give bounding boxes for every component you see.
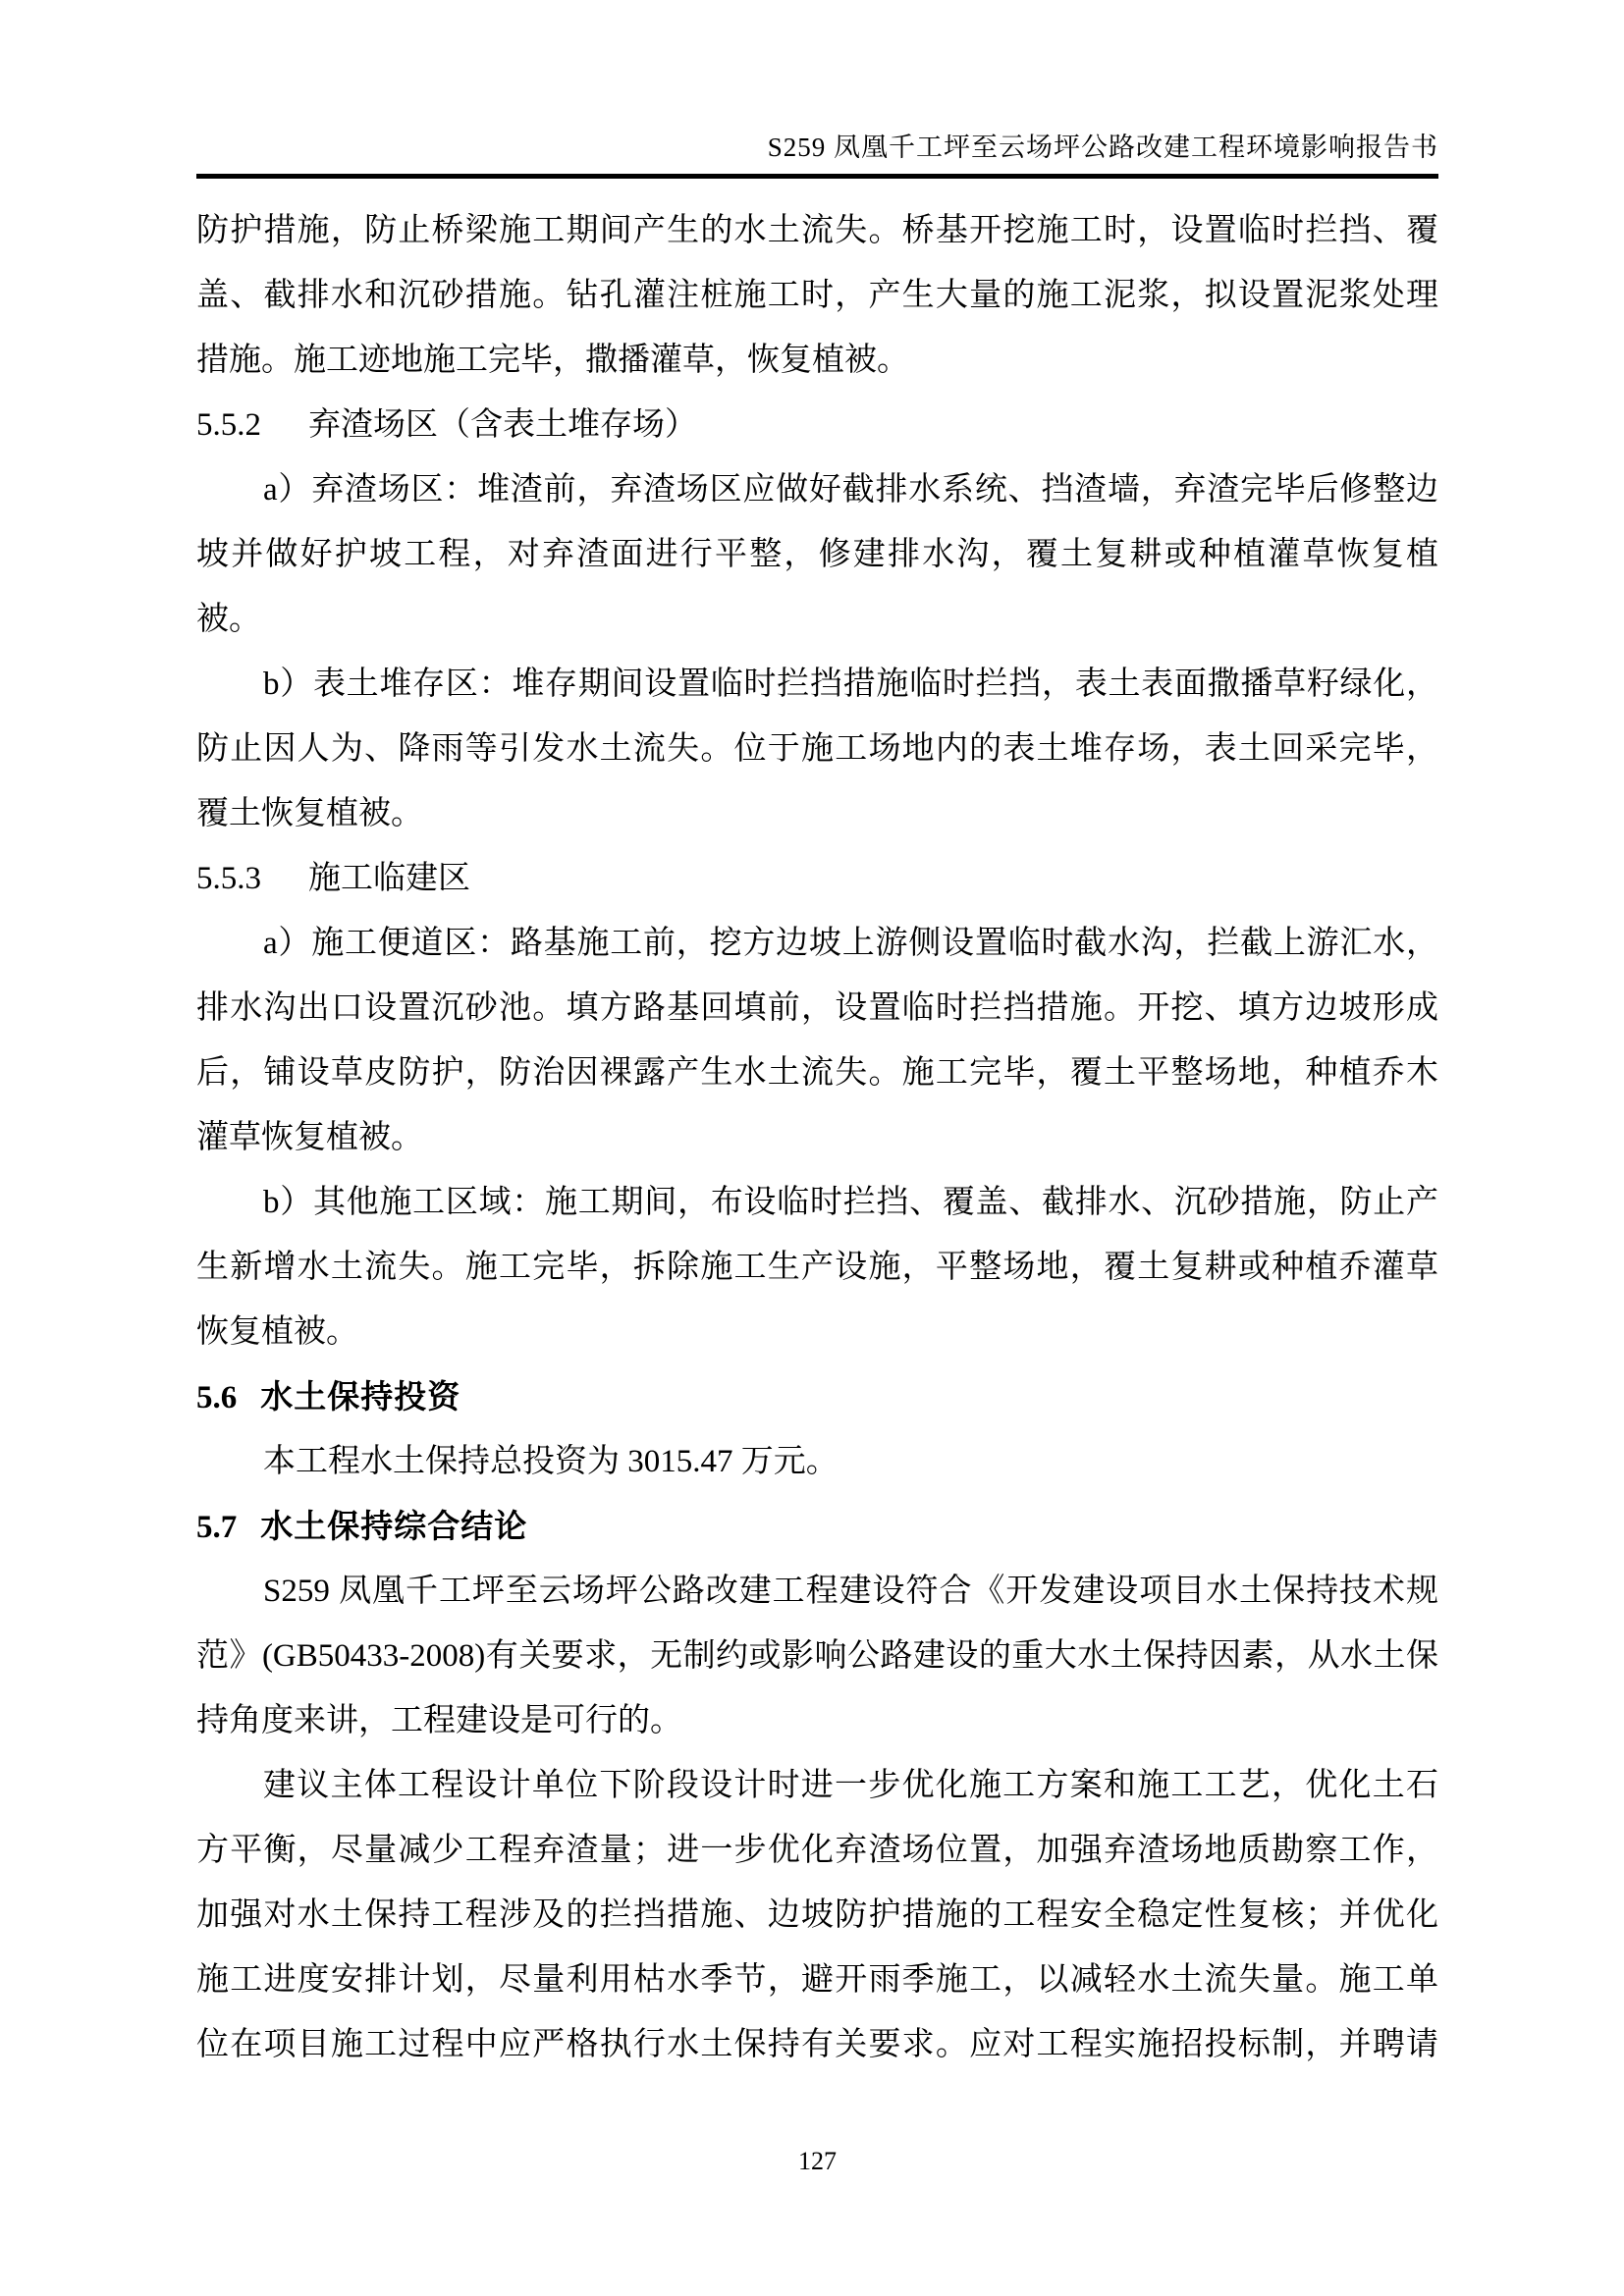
page-number: 127 [196,2146,1438,2177]
text-line: 防止因人为、降雨等引发水土流失。位于施工场地内的表土堆存场，表土回采完毕， [196,717,1438,781]
heading-title: 水土保持投资 [260,1378,460,1415]
text-line: 灌草恢复植被。 [196,1105,1438,1170]
text-line: 建议主体工程设计单位下阶段设计时进一步优化施工方案和施工工艺，优化土石 [196,1753,1438,1818]
text-line: 排水沟出口设置沉砂池。填方路基回填前，设置临时拦挡措施。开挖、填方边坡形成 [196,976,1438,1041]
heading-number: 5.6 [196,1380,237,1415]
section-heading-bold: 5.7水土保持综合结论 [196,1494,1438,1559]
text-line: a）施工便道区：路基施工前，挖方边坡上游侧设置临时截水沟，拦截上游汇水， [196,911,1438,976]
heading-number: 5.5.2 [196,407,261,443]
text-line: 覆土恢复植被。 [196,781,1438,846]
text-line: 被。 [196,587,1438,652]
header-rule [196,174,1438,179]
text-line: 坡并做好护坡工程，对弃渣面进行平整，修建排水沟，覆土复耕或种植灌草恢复植 [196,522,1438,587]
heading-number: 5.7 [196,1510,237,1545]
text-line: 恢复植被。 [196,1300,1438,1364]
text-line: 加强对水土保持工程涉及的拦挡措施、边坡防护措施的工程安全稳定性复核；并优化 [196,1883,1438,1948]
text-line: 生新增水土流失。施工完毕，拆除施工生产设施，平整场地，覆土复耕或种植乔灌草 [196,1235,1438,1300]
text-line: b）其他施工区域：施工期间，布设临时拦挡、覆盖、截排水、沉砂措施，防止产 [196,1170,1438,1235]
text-line: 持角度来讲，工程建设是可行的。 [196,1688,1438,1753]
section-heading-bold: 5.6水土保持投资 [196,1364,1438,1429]
text-line: 本工程水土保持总投资为 3015.47 万元。 [196,1429,1438,1494]
text-line: 后，铺设草皮防护，防治因裸露产生水土流失。施工完毕，覆土平整场地，种植乔木 [196,1041,1438,1105]
heading-title: 弃渣场区（含表土堆存场） [308,407,697,443]
text-line: 范》(GB50433-2008)有关要求，无制约或影响公路建设的重大水土保持因素… [196,1624,1438,1688]
text-line: 措施。施工迹地施工完毕，撒播灌草，恢复植被。 [196,328,1438,393]
document-body: 防护措施，防止桥梁施工期间产生的水土流失。桥基开挖施工时，设置临时拦挡、覆 盖、… [196,198,1438,2077]
text-line: a）弃渣场区：堆渣前，弃渣场区应做好截排水系统、挡渣墙，弃渣完毕后修整边 [196,457,1438,522]
text-line: 位在项目施工过程中应严格执行水土保持有关要求。应对工程实施招投标制，并聘请 [196,2012,1438,2077]
document-page: S259 凤凰千工坪至云场坪公路改建工程环境影响报告书 防护措施，防止桥梁施工期… [0,0,1624,2296]
text-line: b）表土堆存区：堆存期间设置临时拦挡措施临时拦挡，表土表面撒播草籽绿化， [196,652,1438,717]
text-line: 盖、截排水和沉砂措施。钻孔灌注桩施工时，产生大量的施工泥浆，拟设置泥浆处理 [196,263,1438,328]
section-heading: 5.5.3施工临建区 [196,846,1438,911]
text-line: S259 凤凰千工坪至云场坪公路改建工程建设符合《开发建设项目水土保持技术规 [196,1559,1438,1624]
section-heading: 5.5.2弃渣场区（含表土堆存场） [196,393,1438,457]
text-line: 方平衡，尽量减少工程弃渣量；进一步优化弃渣场位置，加强弃渣场地质勘察工作， [196,1818,1438,1883]
page-header-title: S259 凤凰千工坪至云场坪公路改建工程环境影响报告书 [196,0,1438,165]
heading-title: 施工临建区 [308,861,470,896]
text-line: 施工进度安排计划，尽量利用枯水季节，避开雨季施工，以减轻水土流失量。施工单 [196,1948,1438,2012]
text-line: 防护措施，防止桥梁施工期间产生的水土流失。桥基开挖施工时，设置临时拦挡、覆 [196,198,1438,263]
heading-title: 水土保持综合结论 [260,1508,527,1544]
heading-number: 5.5.3 [196,861,261,896]
